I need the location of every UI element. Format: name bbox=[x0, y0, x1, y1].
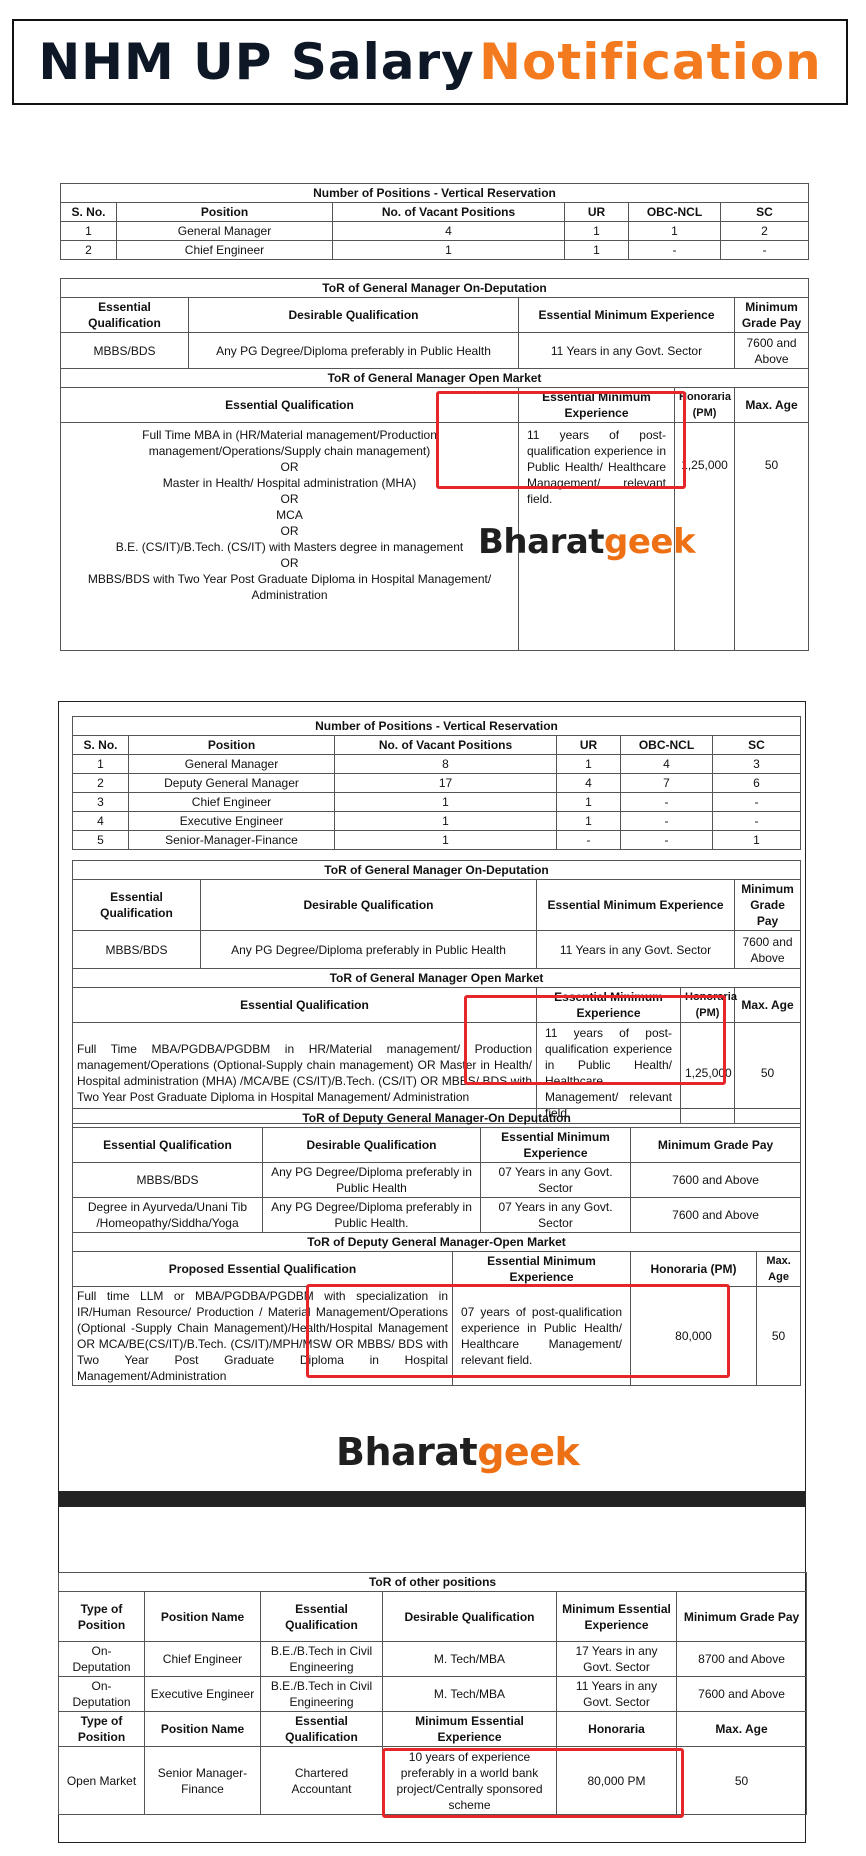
doc2-dgm-tor-table: ToR of Deputy General Manager-On Deputat… bbox=[72, 1108, 801, 1386]
doc2-gm-tor-table: ToR of General Manager On-Deputation Ess… bbox=[72, 860, 801, 1124]
col-header: S. No. bbox=[73, 736, 129, 755]
cell: - bbox=[713, 812, 801, 831]
cell: - bbox=[621, 812, 713, 831]
cell: MBBS/BDS bbox=[61, 333, 189, 369]
cell: 2 bbox=[721, 222, 809, 241]
table-row: On-Deputation Executive Engineer B.E./B.… bbox=[59, 1677, 807, 1712]
cell: 1 bbox=[73, 755, 129, 774]
cell: Any PG Degree/Diploma preferably in Publ… bbox=[263, 1198, 481, 1233]
doc2-dgm-open-max-age: 50 bbox=[757, 1287, 801, 1386]
cell: 1 bbox=[713, 831, 801, 850]
cell: 7600 and Above bbox=[735, 931, 801, 969]
cell: - bbox=[721, 241, 809, 260]
col-header: Honoraria bbox=[557, 1712, 677, 1747]
cell: 7600 and Above bbox=[677, 1677, 807, 1712]
table-row: MBBS/BDS Any PG Degree/Diploma preferabl… bbox=[61, 333, 809, 369]
cell: Deputy General Manager bbox=[129, 774, 335, 793]
col-header: Minimum Grade Pay bbox=[735, 880, 801, 931]
col-header: Minimum Grade Pay bbox=[735, 298, 809, 333]
logo-dark-text: Bharat bbox=[478, 522, 604, 562]
table-row: 2 Chief Engineer 1 1 - - bbox=[61, 241, 809, 260]
cell: 1 bbox=[61, 222, 117, 241]
doc2-vacancy-table: Number of Positions - Vertical Reservati… bbox=[72, 716, 801, 850]
cell: 3 bbox=[73, 793, 129, 812]
table-row: Full time LLM or MBA/PGDBA/PGDBM with sp… bbox=[73, 1287, 801, 1386]
cell: 1 bbox=[333, 241, 565, 260]
cell: Any PG Degree/Diploma preferably in Publ… bbox=[189, 333, 519, 369]
cell: 50 bbox=[677, 1747, 807, 1815]
qualification-line: OR bbox=[65, 459, 514, 475]
cell: Any PG Degree/Diploma preferably in Publ… bbox=[263, 1163, 481, 1198]
col-header: Essential Minimum Experience bbox=[519, 388, 675, 423]
col-header: Honoraria (PM) bbox=[675, 388, 735, 423]
cell: 5 bbox=[73, 831, 129, 850]
doc1-vacancy-header-row: S. No. Position No. of Vacant Positions … bbox=[61, 203, 809, 222]
cell: 1 bbox=[557, 812, 621, 831]
cell: M. Tech/MBA bbox=[383, 1642, 557, 1677]
table-row: 5Senior-Manager-Finance1--1 bbox=[73, 831, 801, 850]
doc2-dgm-open-honoraria: 80,000 bbox=[631, 1287, 757, 1386]
col-header: Essential Qualification bbox=[73, 880, 201, 931]
cell: Senior-Manager-Finance bbox=[129, 831, 335, 850]
col-header: Position bbox=[117, 203, 333, 222]
col-header: Essential Qualification bbox=[61, 388, 519, 423]
table-row: MBBS/BDS Any PG Degree/Diploma preferabl… bbox=[73, 931, 801, 969]
qualification-line: Full Time MBA in (HR/Material management… bbox=[65, 427, 514, 459]
col-header: Essential Minimum Experience bbox=[537, 988, 681, 1023]
cell: 1 bbox=[335, 831, 557, 850]
cell: MBBS/BDS bbox=[73, 931, 201, 969]
col-header: Position Name bbox=[145, 1712, 261, 1747]
doc1-gm-tor-table: ToR of General Manager On-Deputation Ess… bbox=[60, 278, 809, 651]
cell: B.E./B.Tech in Civil Engineering bbox=[261, 1677, 383, 1712]
cell: 07 Years in any Govt. Sector bbox=[481, 1163, 631, 1198]
col-header: Max. Age bbox=[735, 388, 809, 423]
qualification-line: B.E. (CS/IT)/B.Tech. (CS/IT) with Master… bbox=[65, 539, 514, 555]
cell: 1 bbox=[565, 241, 629, 260]
cell: 11 Years in any Govt. Sector bbox=[557, 1677, 677, 1712]
cell: Chief Engineer bbox=[145, 1642, 261, 1677]
col-header: Type of Position bbox=[59, 1592, 145, 1642]
qualification-line: MBBS/BDS with Two Year Post Graduate Dip… bbox=[65, 571, 514, 603]
page-title-banner: NHM UP Salary Notification bbox=[12, 19, 848, 105]
cell: 1 bbox=[335, 793, 557, 812]
col-header: Max. Age bbox=[757, 1252, 801, 1287]
col-header: Desirable Qualification bbox=[383, 1592, 557, 1642]
cell: 07 Years in any Govt. Sector bbox=[481, 1198, 631, 1233]
cell: 1 bbox=[557, 755, 621, 774]
cell: 4 bbox=[557, 774, 621, 793]
col-header: OBC-NCL bbox=[621, 736, 713, 755]
col-header: Honoraria (PM) bbox=[681, 988, 735, 1023]
table-row: 1 General Manager 4 1 1 2 bbox=[61, 222, 809, 241]
cell: 7 bbox=[621, 774, 713, 793]
cell: 2 bbox=[73, 774, 129, 793]
doc2-dgm-open-caption: ToR of Deputy General Manager-Open Marke… bbox=[73, 1233, 801, 1252]
logo-dark-text: Bharat bbox=[336, 1430, 477, 1474]
cell: 11 Years in any Govt. Sector bbox=[537, 931, 735, 969]
cell: 17 Years in any Govt. Sector bbox=[557, 1642, 677, 1677]
doc1-vacancy-caption: Number of Positions - Vertical Reservati… bbox=[61, 184, 809, 203]
col-header: Minimum Grade Pay bbox=[677, 1592, 807, 1642]
divider-bar bbox=[58, 1491, 806, 1507]
doc2-dgm-open-qualification: Full time LLM or MBA/PGDBA/PGDBM with sp… bbox=[73, 1287, 453, 1386]
col-header: Essential Minimum Experience bbox=[537, 880, 735, 931]
doc1-gm-deputation-caption: ToR of General Manager On-Deputation bbox=[61, 279, 809, 298]
table-row: 3Chief Engineer11-- bbox=[73, 793, 801, 812]
doc2-vacancy-rows: 1General Manager81432Deputy General Mana… bbox=[73, 755, 801, 850]
cell: 4 bbox=[621, 755, 713, 774]
cell: 11 Years in any Govt. Sector bbox=[519, 333, 735, 369]
cell: MBBS/BDS bbox=[73, 1163, 263, 1198]
col-header: Proposed Essential Qualification bbox=[73, 1252, 453, 1287]
col-header: Essential Minimum Experience bbox=[519, 298, 735, 333]
doc1-gm-open-max-age: 50 bbox=[735, 423, 809, 651]
doc2-dgm-open-experience: 07 years of post-qualification experienc… bbox=[453, 1287, 631, 1386]
cell: Executive Engineer bbox=[129, 812, 335, 831]
col-header: SC bbox=[721, 203, 809, 222]
cell: 10 years of experience preferably in a w… bbox=[383, 1747, 557, 1815]
cell: 1 bbox=[557, 793, 621, 812]
col-header: Desirable Qualification bbox=[201, 880, 537, 931]
qualification-line: MCA bbox=[65, 507, 514, 523]
logo-orange-text: geek bbox=[604, 522, 695, 562]
cell: 1 bbox=[629, 222, 721, 241]
cell: General Manager bbox=[117, 222, 333, 241]
cell: 7600 and Above bbox=[631, 1198, 801, 1233]
doc2-other-caption: ToR of other positions bbox=[59, 1573, 807, 1592]
col-header: Minimum Essential Experience bbox=[383, 1712, 557, 1747]
cell: 4 bbox=[333, 222, 565, 241]
cell: - bbox=[557, 831, 621, 850]
title-orange-text: Notification bbox=[479, 33, 822, 91]
col-header: Essential Qualification bbox=[73, 988, 537, 1023]
doc2-gm-open-caption: ToR of General Manager Open Market bbox=[73, 969, 801, 988]
qualification-line: OR bbox=[65, 491, 514, 507]
title-dark-text: NHM UP Salary bbox=[38, 33, 474, 91]
cell: Senior Manager-Finance bbox=[145, 1747, 261, 1815]
cell: B.E./B.Tech in Civil Engineering bbox=[261, 1642, 383, 1677]
cell: 7600 and Above bbox=[631, 1163, 801, 1198]
col-header: Essential Qualification bbox=[61, 298, 189, 333]
table-row: MBBS/BDS Any PG Degree/Diploma preferabl… bbox=[73, 1163, 801, 1198]
qualification-line: Master in Health/ Hospital administratio… bbox=[65, 475, 514, 491]
col-header: S. No. bbox=[61, 203, 117, 222]
col-header: Max. Age bbox=[677, 1712, 807, 1747]
cell: 1 bbox=[565, 222, 629, 241]
cell: Executive Engineer bbox=[145, 1677, 261, 1712]
doc2-gm-deputation-caption: ToR of General Manager On-Deputation bbox=[73, 861, 801, 880]
col-header: OBC-NCL bbox=[629, 203, 721, 222]
table-row: 4Executive Engineer11-- bbox=[73, 812, 801, 831]
cell: 80,000 PM bbox=[557, 1747, 677, 1815]
col-header: Essential Qualification bbox=[73, 1128, 263, 1163]
col-header: No. of Vacant Positions bbox=[333, 203, 565, 222]
cell: Any PG Degree/Diploma preferably in Publ… bbox=[201, 931, 537, 969]
col-header: Essential Qualification bbox=[261, 1592, 383, 1642]
cell: 1 bbox=[335, 812, 557, 831]
cell: 8700 and Above bbox=[677, 1642, 807, 1677]
cell: 7600 and Above bbox=[735, 333, 809, 369]
cell: 3 bbox=[713, 755, 801, 774]
col-header: Minimum Essential Experience bbox=[557, 1592, 677, 1642]
table-row: Open Market Senior Manager-Finance Chart… bbox=[59, 1747, 807, 1815]
cell: 6 bbox=[713, 774, 801, 793]
col-header: Position bbox=[129, 736, 335, 755]
cell: On-Deputation bbox=[59, 1642, 145, 1677]
doc1-gm-open-caption: ToR of General Manager Open Market bbox=[61, 369, 809, 388]
col-header: Essential Qualification bbox=[261, 1712, 383, 1747]
cell: Open Market bbox=[59, 1747, 145, 1815]
cell: 2 bbox=[61, 241, 117, 260]
qualification-lines: Full Time MBA in (HR/Material management… bbox=[65, 427, 514, 603]
logo-orange-text: geek bbox=[477, 1430, 579, 1474]
col-header: Minimum Grade Pay bbox=[631, 1128, 801, 1163]
col-header: SC bbox=[713, 736, 801, 755]
cell: 8 bbox=[335, 755, 557, 774]
table-row: Full Time MBA in (HR/Material management… bbox=[61, 423, 809, 651]
bharatgeek-logo: Bharatgeek bbox=[478, 522, 695, 562]
col-header: Desirable Qualification bbox=[189, 298, 519, 333]
bharatgeek-logo: Bharatgeek bbox=[336, 1430, 579, 1474]
cell: - bbox=[713, 793, 801, 812]
table-row: On-Deputation Chief Engineer B.E./B.Tech… bbox=[59, 1642, 807, 1677]
col-header: UR bbox=[565, 203, 629, 222]
cell: Degree in Ayurveda/Unani Tib /Homeopathy… bbox=[73, 1198, 263, 1233]
qualification-line: OR bbox=[65, 523, 514, 539]
cell: 17 bbox=[335, 774, 557, 793]
table-row: 1General Manager8143 bbox=[73, 755, 801, 774]
doc2-dgm-deputation-caption: ToR of Deputy General Manager-On Deputat… bbox=[73, 1109, 801, 1128]
table-row: 2Deputy General Manager17476 bbox=[73, 774, 801, 793]
qualification-line: OR bbox=[65, 555, 514, 571]
col-header: Type of Position bbox=[59, 1712, 145, 1747]
doc2-vacancy-caption: Number of Positions - Vertical Reservati… bbox=[73, 717, 801, 736]
col-header: Honoraria (PM) bbox=[631, 1252, 757, 1287]
cell: M. Tech/MBA bbox=[383, 1677, 557, 1712]
cell: - bbox=[621, 831, 713, 850]
cell: Chartered Accountant bbox=[261, 1747, 383, 1815]
col-header: Position Name bbox=[145, 1592, 261, 1642]
cell: 4 bbox=[73, 812, 129, 831]
col-header: Max. Age bbox=[735, 988, 801, 1023]
col-header: Desirable Qualification bbox=[263, 1128, 481, 1163]
cell: - bbox=[629, 241, 721, 260]
col-header: Essential Minimum Experience bbox=[453, 1252, 631, 1287]
doc2-other-positions-table: ToR of other positions Type of Position … bbox=[58, 1572, 807, 1815]
cell: - bbox=[621, 793, 713, 812]
doc1-gm-open-qualification: Full Time MBA in (HR/Material management… bbox=[61, 423, 519, 651]
col-header: UR bbox=[557, 736, 621, 755]
cell: On-Deputation bbox=[59, 1677, 145, 1712]
cell: Chief Engineer bbox=[129, 793, 335, 812]
col-header: No. of Vacant Positions bbox=[335, 736, 557, 755]
table-row: Degree in Ayurveda/Unani Tib /Homeopathy… bbox=[73, 1198, 801, 1233]
col-header: Essential Minimum Experience bbox=[481, 1128, 631, 1163]
cell: Chief Engineer bbox=[117, 241, 333, 260]
doc1-vacancy-table: Number of Positions - Vertical Reservati… bbox=[60, 183, 809, 260]
cell: General Manager bbox=[129, 755, 335, 774]
